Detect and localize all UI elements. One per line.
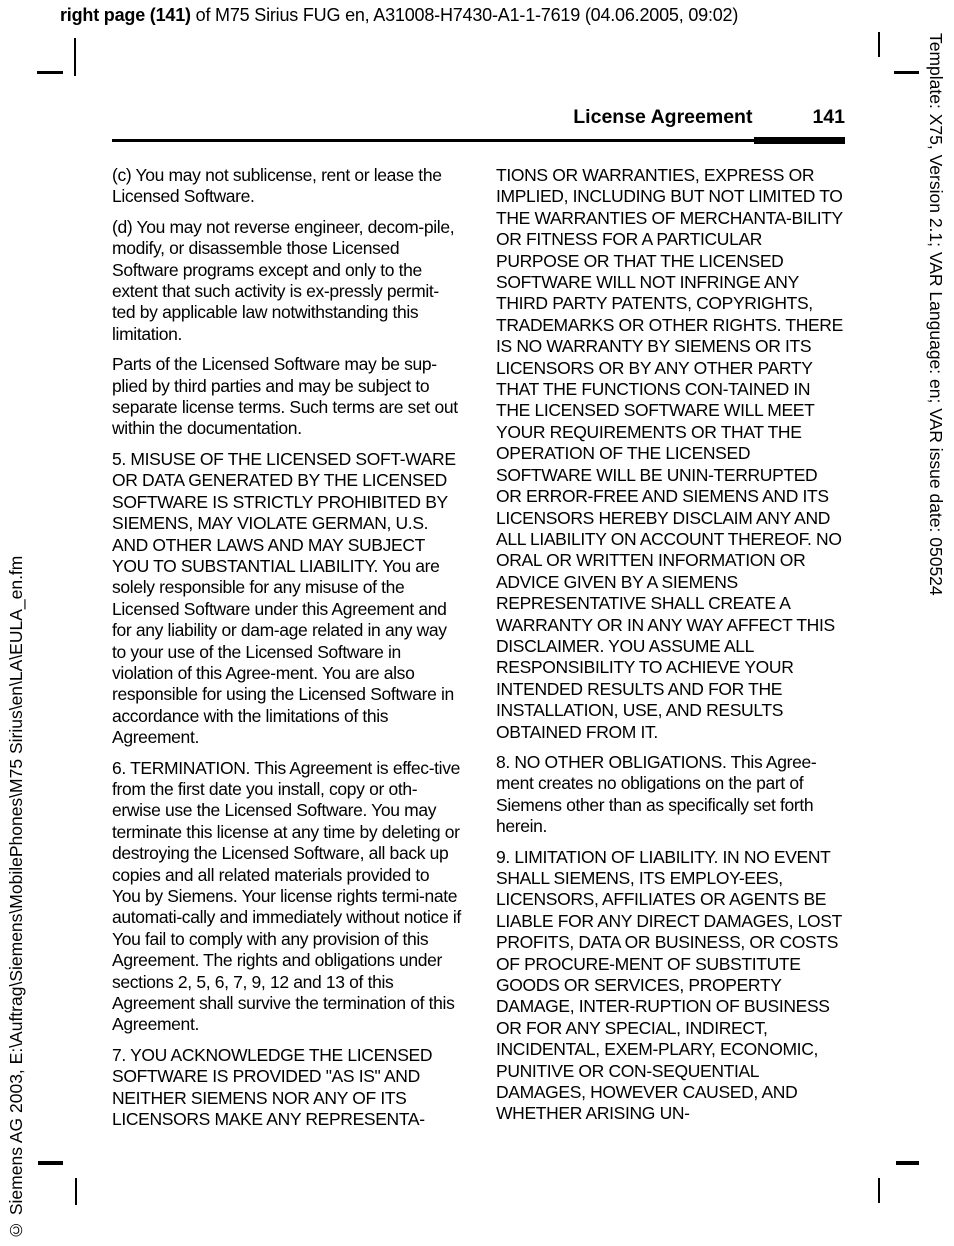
margin-note-copyright-path: © Siemens AG 2003, E:\Auftrag\Siemens\Mo… <box>6 538 32 1240</box>
page-title: License Agreement <box>573 104 752 130</box>
paragraph-c: (c) You may not sublicense, rent or leas… <box>112 165 461 208</box>
header-rule-thick <box>754 137 845 144</box>
print-info-header: right page (141) of M75 Sirius FUG en, A… <box>60 5 738 26</box>
print-info-details: of M75 Sirius FUG en, A31008-H7430-A1-1-… <box>191 5 738 25</box>
paragraph-section-5-misuse: 5. MISUSE OF THE LICENSED SOFT-WARE OR D… <box>112 449 461 749</box>
crop-mark-bottom-right-vertical <box>878 1178 880 1203</box>
paragraph-section-9-limitation-of-liability: 9. LIMITATION OF LIABILITY. IN NO EVENT … <box>496 847 845 1125</box>
paragraph-section-7-continued: TIONS OR WARRANTIES, EXPRESS OR IMPLIED,… <box>496 165 845 743</box>
paragraph-section-7-acknowledge: 7. YOU ACKNOWLEDGE THE LICENSED SOFTWARE… <box>112 1045 461 1131</box>
print-info-page-ref: right page (141) <box>60 5 191 25</box>
crop-mark-bottom-left-horizontal <box>38 1161 63 1165</box>
crop-mark-bottom-left-vertical <box>75 1178 77 1205</box>
margin-note-template-info: Template: X75, Version 2.1; VAR Language… <box>920 33 946 733</box>
paragraph-d: (d) You may not reverse engineer, decom-… <box>112 217 461 345</box>
crop-mark-top-right-vertical <box>878 32 880 57</box>
paragraph-section-6-termination: 6. TERMINATION. This Agreement is effec-… <box>112 758 461 1036</box>
crop-mark-top-right-horizontal <box>894 71 919 74</box>
document-page: right page (141) of M75 Sirius FUG en, A… <box>0 0 954 1246</box>
paragraph-third-parties: Parts of the Licensed Software may be su… <box>112 354 461 440</box>
right-column: TIONS OR WARRANTIES, EXPRESS OR IMPLIED,… <box>496 165 845 1139</box>
paragraph-section-8-no-other-obligations: 8. NO OTHER OBLIGATIONS. This Agree-ment… <box>496 752 845 838</box>
page-header: License Agreement 141 <box>112 104 845 130</box>
header-rule <box>112 137 845 144</box>
page-number: 141 <box>812 104 845 130</box>
crop-mark-top-left-horizontal <box>37 71 63 74</box>
left-column: (c) You may not sublicense, rent or leas… <box>112 165 461 1139</box>
two-column-body: (c) You may not sublicense, rent or leas… <box>112 165 845 1139</box>
crop-mark-bottom-right-horizontal <box>896 1161 919 1165</box>
header-rule-thin <box>112 139 754 142</box>
crop-mark-top-left-vertical <box>74 38 76 76</box>
page-content: License Agreement 141 (c) You may not su… <box>112 104 845 1139</box>
